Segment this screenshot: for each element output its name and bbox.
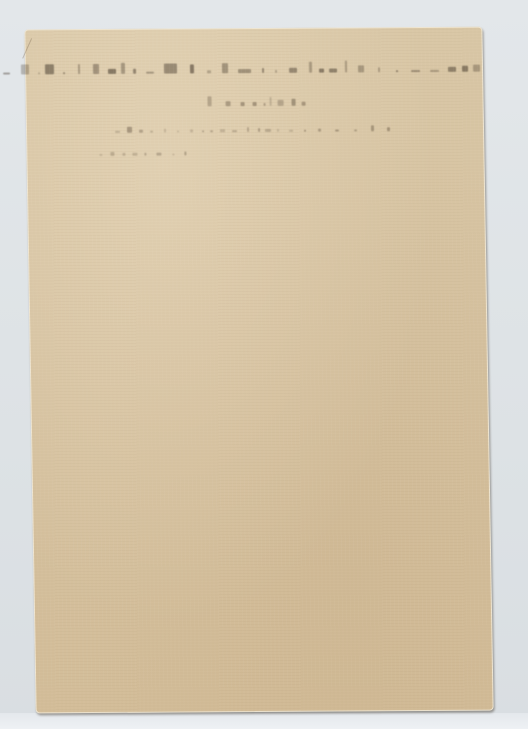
imprint-line-2 [25, 89, 483, 113]
imprint-line-studio-name [25, 49, 483, 82]
cabinet-card-back [24, 27, 493, 714]
imprint-line-4 [96, 146, 192, 159]
imprint-line-address [26, 119, 484, 138]
scanner-bed-edge [0, 713, 528, 729]
